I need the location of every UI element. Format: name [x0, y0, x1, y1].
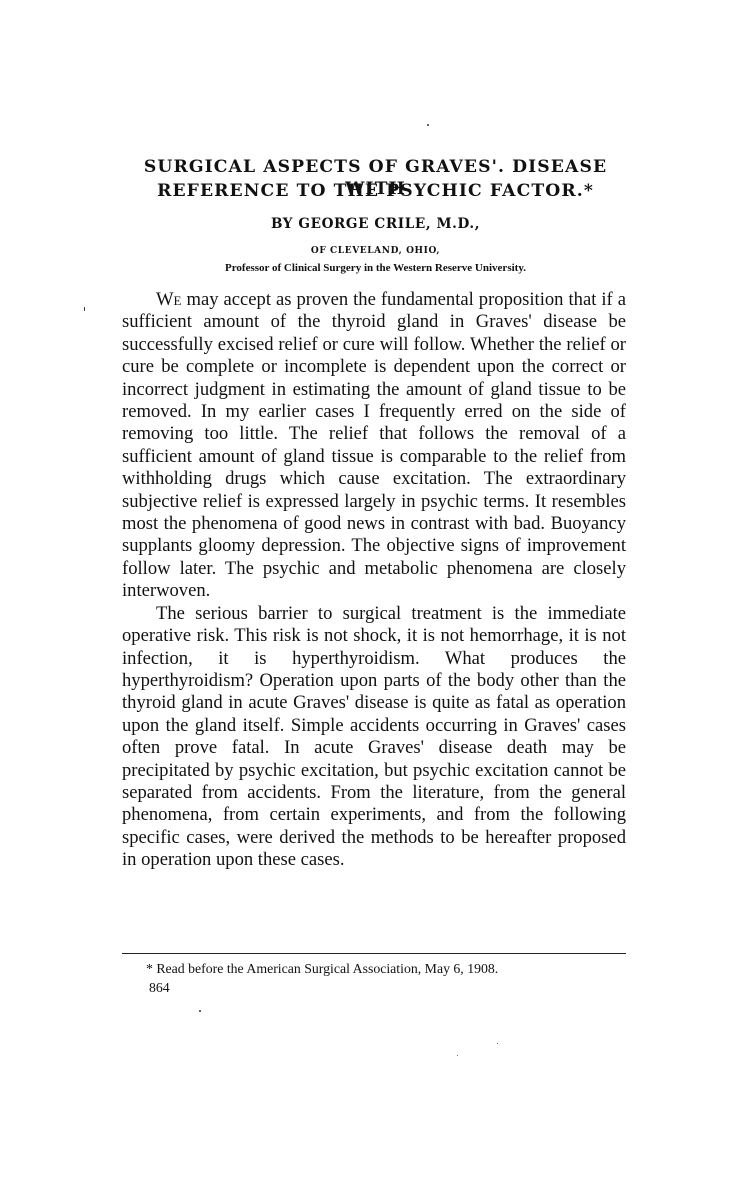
drop-lead-word: We — [156, 289, 182, 310]
footnote-divider — [122, 953, 626, 954]
author-byline: BY GEORGE CRILE, M.D., — [118, 216, 633, 232]
author-affiliation: Professor of Clinical Surgery in the Wes… — [118, 262, 633, 274]
page-number: 864 — [149, 979, 170, 997]
scan-speck — [497, 1043, 498, 1044]
author-location: OF CLEVELAND, OHIO, — [118, 246, 633, 256]
footnote: * Read before the American Surgical Asso… — [146, 960, 498, 978]
paragraph-1-text: may accept as proven the fundamental pro… — [122, 289, 626, 601]
article-body: We may accept as proven the fundamental … — [122, 289, 626, 872]
scan-speck — [427, 124, 429, 126]
paragraph-2: The serious barrier to surgical treatmen… — [122, 603, 626, 872]
article-title-line-2: REFERENCE TO THE PSYCHIC FACTOR.* — [118, 180, 633, 202]
paragraph-1: We may accept as proven the fundamental … — [122, 289, 626, 603]
scan-speck — [199, 1010, 201, 1012]
scan-speck — [457, 1055, 458, 1056]
scan-speck — [84, 307, 85, 311]
